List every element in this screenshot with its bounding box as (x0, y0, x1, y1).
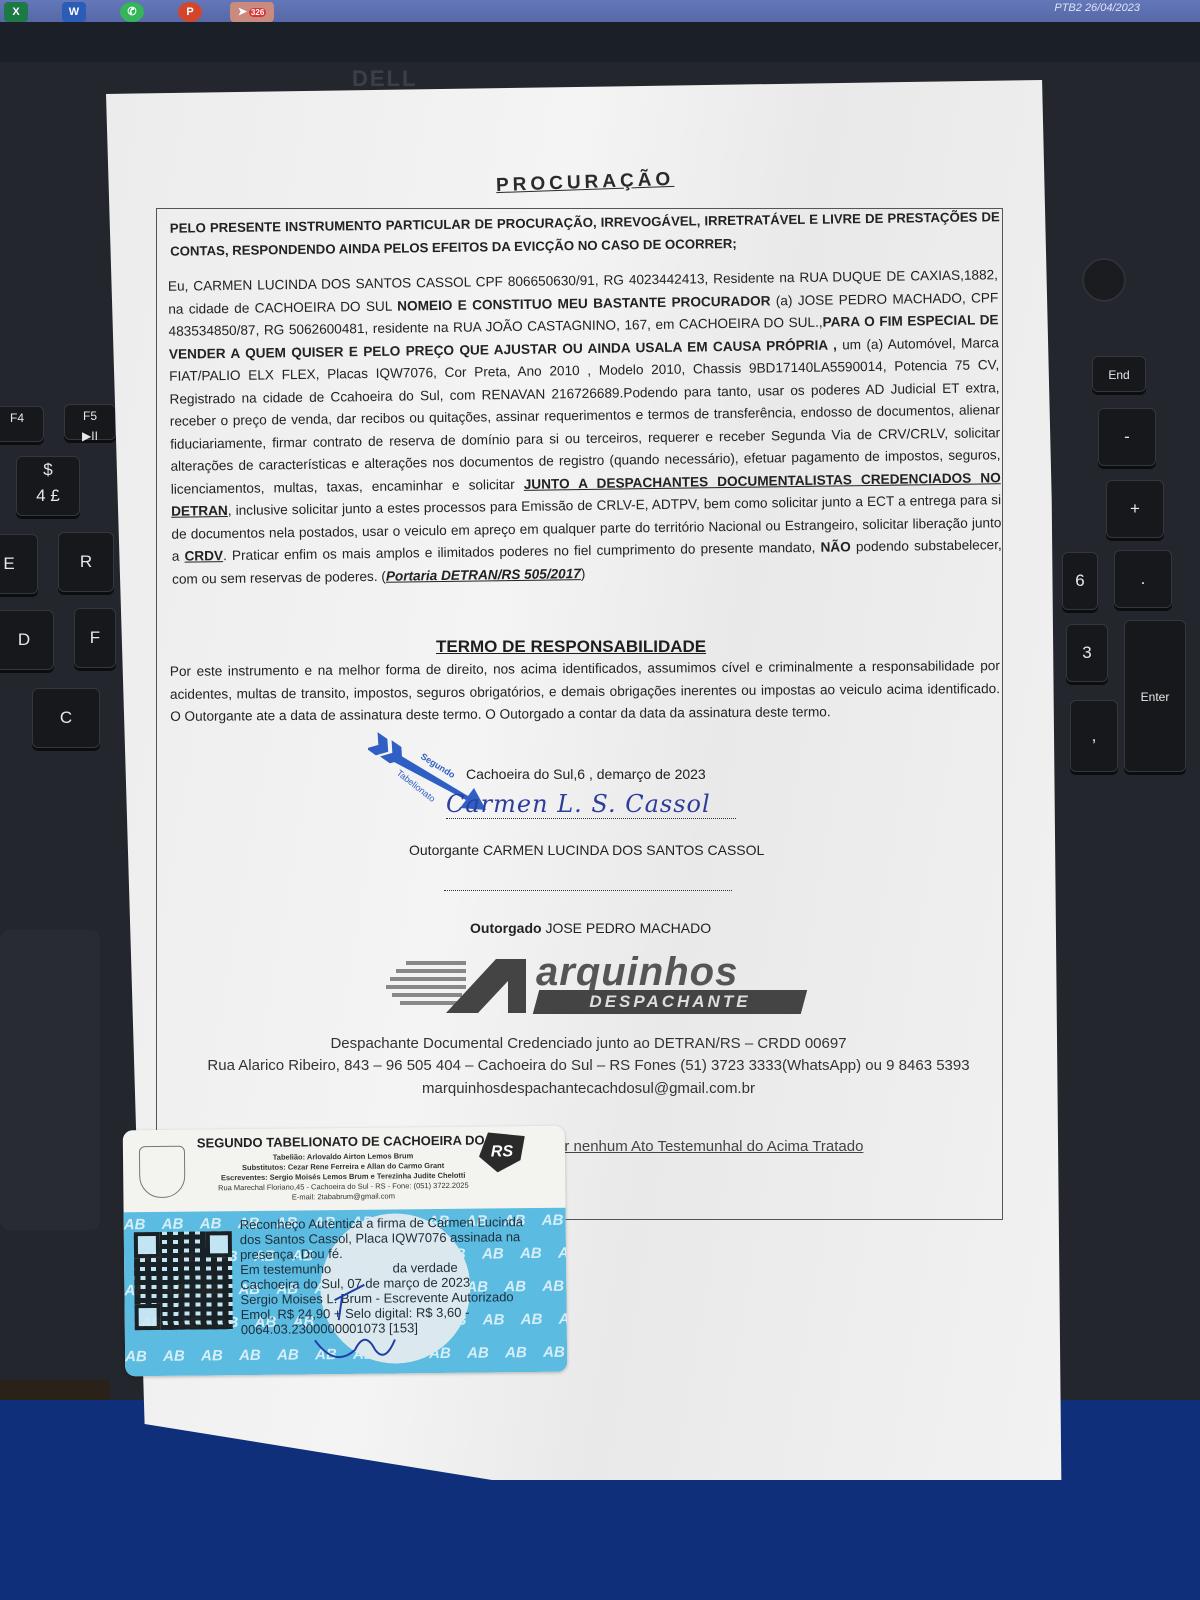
key-enter[interactable]: Enter (1124, 620, 1186, 772)
marquinhos-m-logo (386, 955, 536, 1015)
monitor-bezel (0, 22, 1200, 62)
key-plus[interactable]: + (1106, 480, 1164, 538)
key-end[interactable]: End (1092, 356, 1146, 392)
place-date: Cachoeira do Sul,6 , demarço de 2023 (466, 766, 706, 782)
logo-subtitle-band: DESPACHANTE (533, 990, 807, 1014)
key-minus[interactable]: - (1098, 408, 1156, 466)
notary-seal-body: ABABABABABABABABABABABABABABABABABABABAB… (124, 1208, 568, 1377)
key-comma[interactable]: , (1070, 700, 1118, 772)
watermark-ab: AB (467, 1345, 489, 1362)
termo-paragraph: Por este instrumento e na melhor forma d… (170, 655, 1000, 728)
watermark-ab: AB (543, 1344, 565, 1361)
qr-code[interactable] (134, 1231, 233, 1330)
key-decimal[interactable]: . (1114, 550, 1172, 608)
watermark-ab: AB (559, 1311, 568, 1328)
telegram-badge: 326 (249, 8, 266, 17)
key-c[interactable]: C (32, 688, 100, 748)
outorgante-line: Outorgante CARMEN LUCINDA DOS SANTOS CAS… (409, 842, 764, 858)
watermark-ab: AB (505, 1344, 527, 1361)
logo-name: arquinhos (536, 950, 738, 995)
coat-of-arms-icon (139, 1146, 186, 1198)
key-3[interactable]: 3 (1066, 624, 1108, 682)
watermark-ab: AB (542, 1278, 564, 1295)
watermark-ab: AB (125, 1348, 147, 1365)
key-e[interactable]: E (0, 534, 38, 594)
key-4[interactable]: $4 £ (16, 456, 80, 516)
word-icon[interactable]: W (62, 2, 86, 22)
system-tray-clock: PTB2 26/04/2023 (1054, 2, 1140, 14)
notary-sticker: SEGUNDO TABELIONATO DE CACHOEIRA DO SUL … (123, 1126, 568, 1377)
powerpoint-icon[interactable]: P (178, 2, 202, 22)
signature-line-outorgado (444, 890, 732, 891)
footer-email[interactable]: marquinhosdespachantecachdosul@gmail.com… (106, 1080, 1071, 1097)
whatsapp-icon[interactable]: ✆ (120, 2, 144, 22)
excel-icon[interactable]: X (4, 2, 28, 22)
watermark-ab: AB (124, 1216, 146, 1233)
footer-credential: Despachante Documental Credenciado junto… (106, 1035, 1071, 1052)
watermark-ab: AB (162, 1216, 184, 1233)
watermark-ab: AB (201, 1347, 223, 1364)
footer-address: Rua Alarico Ribeiro, 843 – 96 505 404 – … (106, 1057, 1071, 1074)
signature-line-outorgante (446, 818, 736, 819)
notary-title: SEGUNDO TABELIONATO DE CACHOEIRA DO SUL (197, 1132, 514, 1150)
outorgado-line: Outorgado JOSE PEDRO MACHADO (470, 920, 711, 936)
key-f4[interactable]: F4 (0, 406, 44, 442)
telegram-icon[interactable]: ➤326 (230, 2, 274, 22)
watermark-ab: AB (542, 1212, 564, 1229)
footer-ato-testemunhal: or nenhum Ato Testemunhal do Acima Trata… (556, 1138, 863, 1155)
notary-header: SEGUNDO TABELIONATO DE CACHOEIRA DO SUL … (123, 1126, 566, 1213)
touchpad[interactable] (0, 930, 100, 1230)
watermark-ab: AB (200, 1215, 222, 1232)
document-title: PROCURAÇÃO (496, 169, 675, 197)
notary-signature-scribble (294, 1279, 405, 1370)
monitor-taskbar: X W ✆ P ➤326 PTB2 26/04/2023 (0, 0, 1200, 22)
watermark-ab: AB (239, 1347, 261, 1364)
key-d[interactable]: D (0, 610, 54, 670)
outorgante-signature: Carmen L. S. Cassol (446, 790, 711, 818)
termo-title: TERMO DE RESPONSABILIDADE (436, 637, 706, 657)
power-button[interactable] (1082, 258, 1126, 302)
watermark-ab: AB (558, 1245, 567, 1262)
notary-email: E-mail: 2tababrum@gmail.com (183, 1190, 503, 1202)
watermark-ab: AB (163, 1348, 185, 1365)
main-paragraph: Eu, CARMEN LUCINDA DOS SANTOS CASSOL CPF… (168, 264, 1002, 591)
